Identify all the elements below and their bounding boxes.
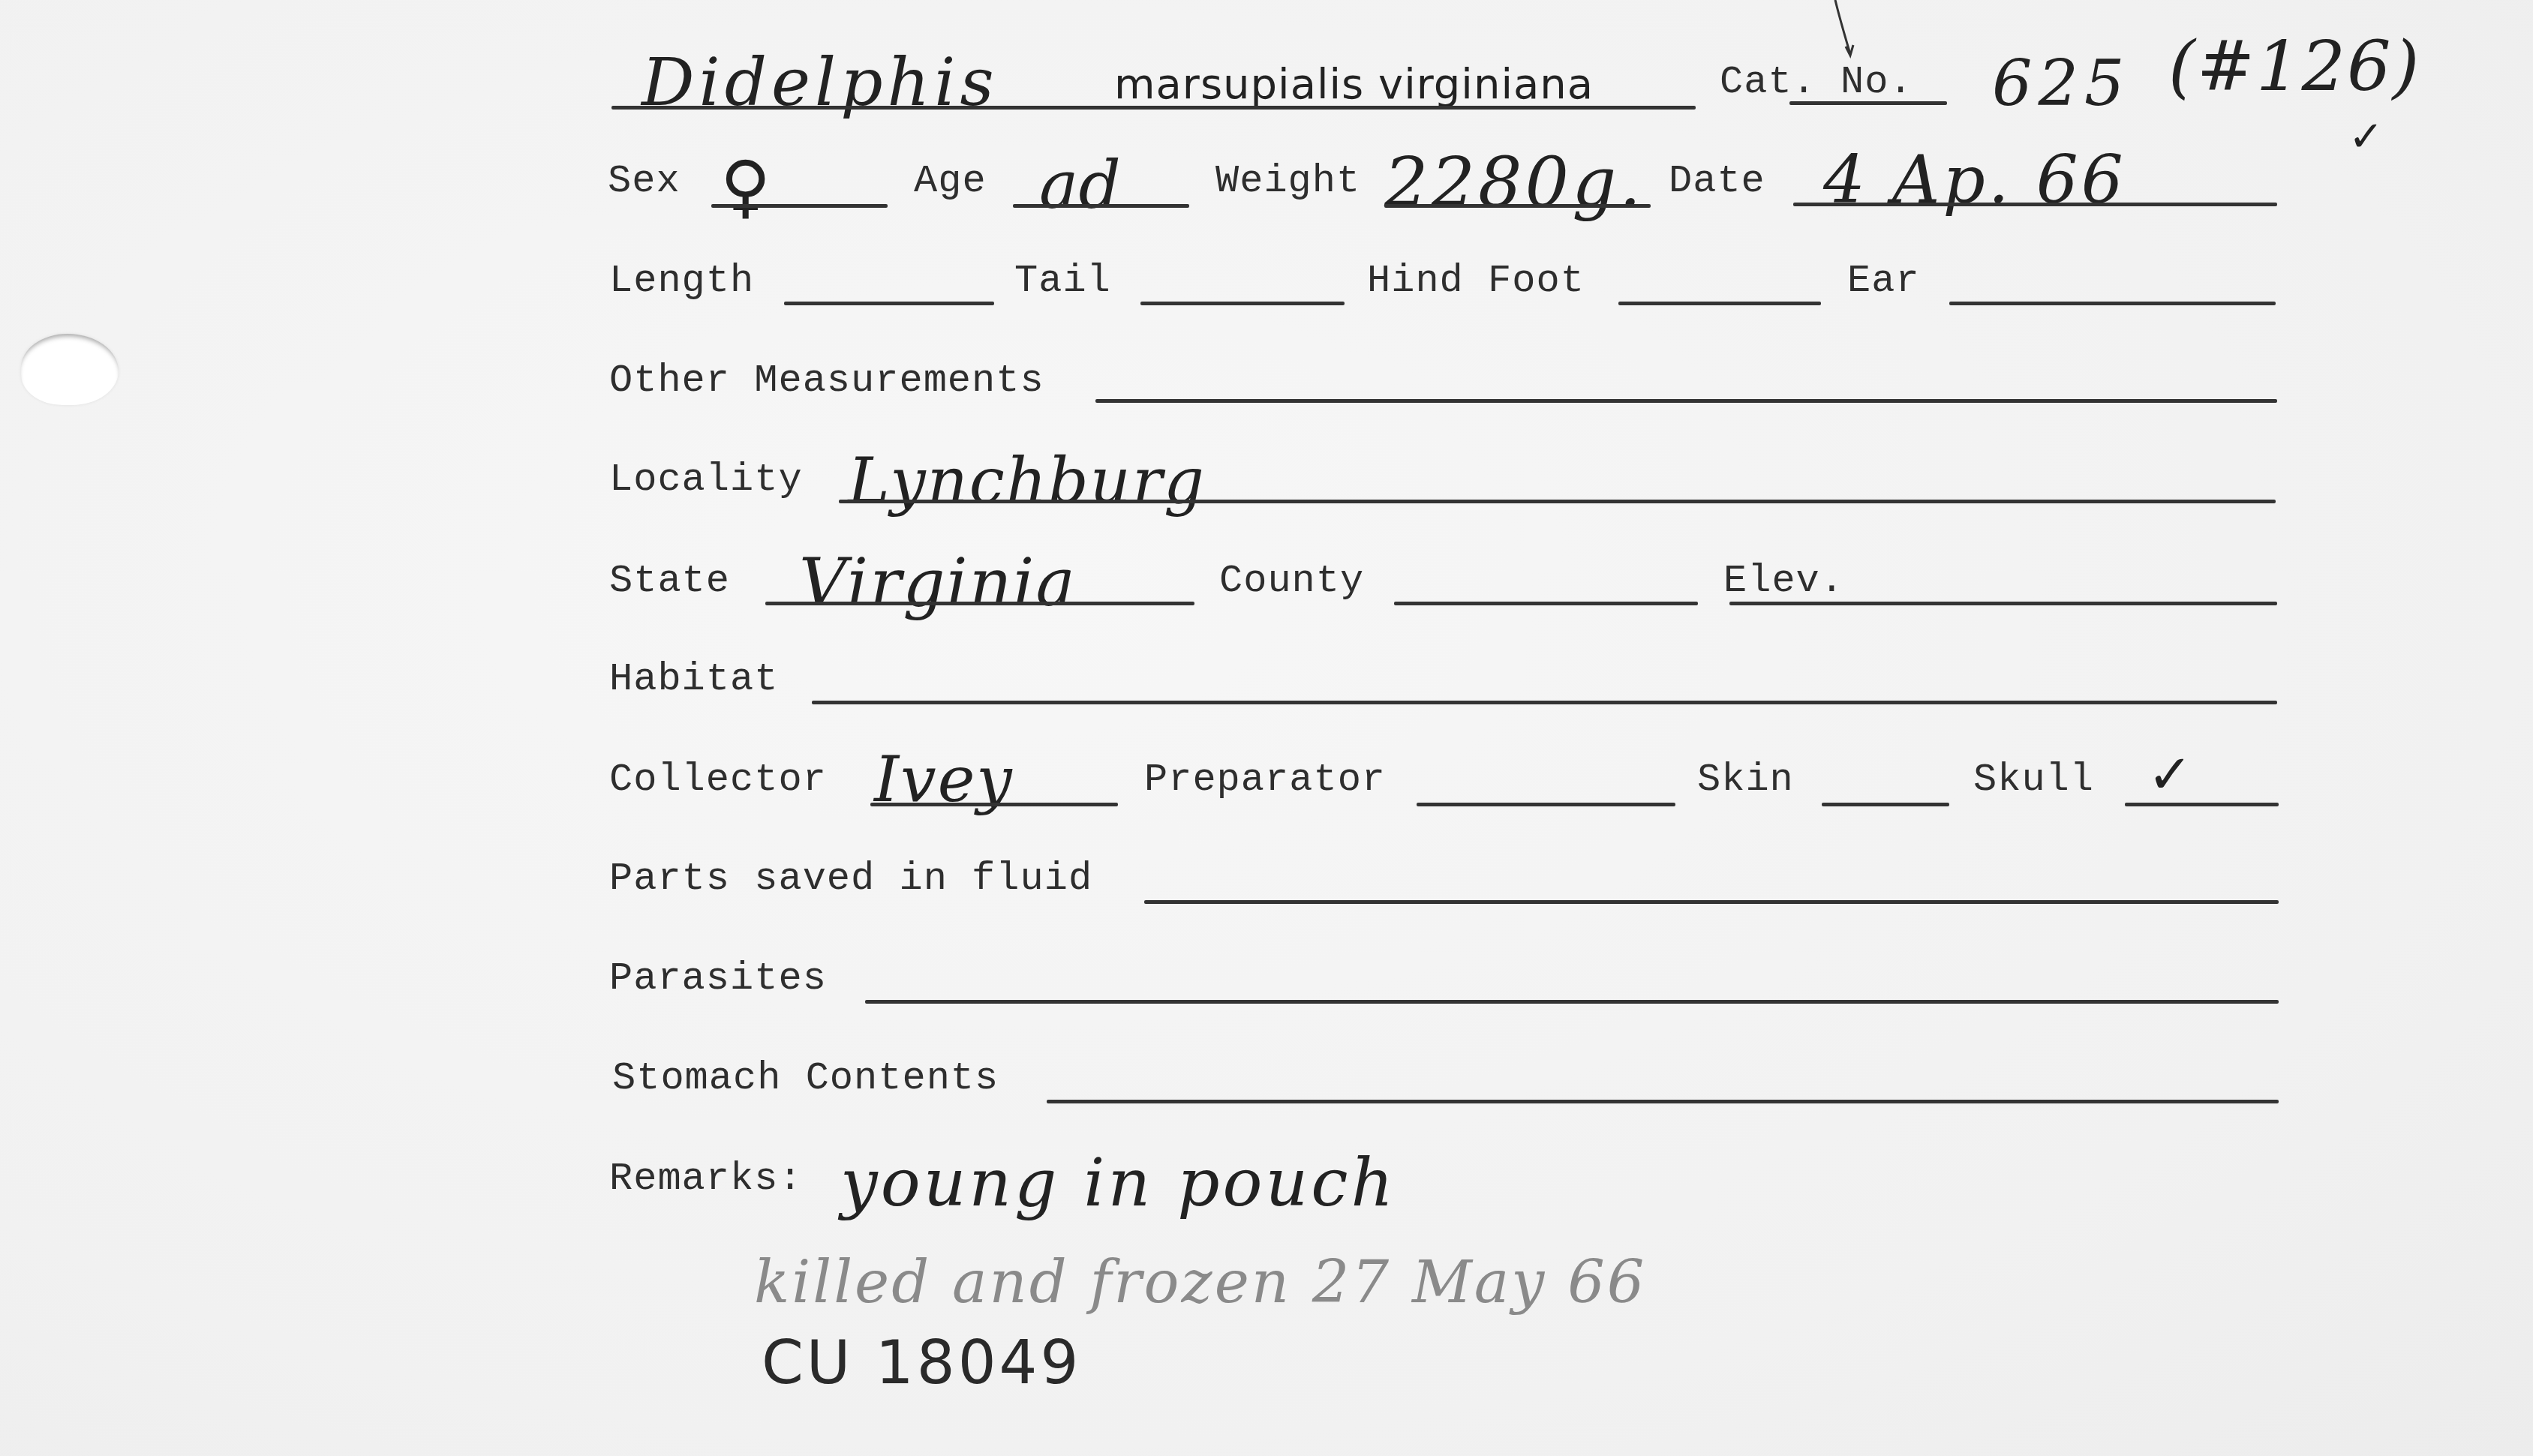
other-measurements-label: Other Measurements xyxy=(609,359,1044,404)
date-line xyxy=(1793,203,2277,206)
parts-saved-line xyxy=(1144,900,2279,904)
date-label: Date xyxy=(1669,159,1765,204)
length-label: Length xyxy=(609,259,754,304)
parts-saved-label: Parts saved in fluid xyxy=(609,857,1092,902)
other-measurements-line xyxy=(1095,399,2277,403)
stomach-contents-line xyxy=(1047,1100,2279,1103)
catalog-id: CU 18049 xyxy=(762,1328,1081,1397)
date-value: 4 Ap. 66 xyxy=(1823,141,2126,218)
remarks-label: Remarks: xyxy=(609,1157,803,1202)
preparator-label: Preparator xyxy=(1144,758,1386,803)
hind-foot-line xyxy=(1618,302,1821,305)
cat-no-check-mark: ✓ xyxy=(2348,113,2384,161)
length-line xyxy=(784,302,994,305)
skull-label: Skull xyxy=(1973,758,2094,803)
locality-value: Lynchburg xyxy=(848,444,1206,518)
collector-label: Collector xyxy=(609,758,827,803)
cat-no-label: Cat. No. xyxy=(1720,60,1913,105)
weight-label: Weight xyxy=(1215,159,1360,204)
collector-line xyxy=(870,803,1118,806)
hind-foot-label: Hind Foot xyxy=(1367,259,1585,304)
age-line xyxy=(1013,204,1189,208)
species-epithet-handwritten: marsupialis virginiana xyxy=(1114,60,1594,109)
county-label: County xyxy=(1219,559,1364,604)
elev-line xyxy=(1729,602,2277,605)
skull-line xyxy=(2125,803,2279,806)
sex-label: Sex xyxy=(608,159,681,204)
tail-label: Tail xyxy=(1014,259,1111,304)
skull-check-mark: ✓ xyxy=(2147,743,2192,806)
remarks-value: young in pouch xyxy=(840,1144,1396,1221)
cat-no-line xyxy=(1789,101,1947,105)
age-label: Age xyxy=(914,159,987,204)
preparator-line xyxy=(1417,803,1675,806)
parasites-label: Parasites xyxy=(609,956,827,1001)
weight-value: 2280g. xyxy=(1384,143,1644,223)
ear-label: Ear xyxy=(1847,259,1920,304)
state-label: State xyxy=(609,559,730,604)
stomach-contents-label: Stomach Contents xyxy=(612,1056,999,1101)
punch-hole xyxy=(21,334,119,405)
locality-label: Locality xyxy=(609,458,803,503)
skin-label: Skin xyxy=(1697,758,1794,803)
species-line xyxy=(611,106,1696,110)
habitat-line xyxy=(812,701,2277,704)
pencil-note: killed and frozen 27 May 66 xyxy=(754,1249,1646,1316)
sex-value: ♀ xyxy=(720,146,771,227)
sex-line xyxy=(711,204,888,208)
weight-line xyxy=(1384,204,1651,208)
stray-pen-stroke-icon xyxy=(1831,0,1861,60)
state-line xyxy=(765,602,1194,605)
state-value: Virginia xyxy=(799,544,1077,621)
cat-no-alt-value: (#126) xyxy=(2168,26,2420,107)
habitat-label: Habitat xyxy=(609,657,778,702)
parasites-line xyxy=(865,1000,2279,1004)
specimen-card: Didelphis marsupialis virginiana Cat. No… xyxy=(0,0,2533,1456)
cat-no-value: 625 xyxy=(1992,47,2130,120)
locality-line xyxy=(839,500,2276,503)
tail-line xyxy=(1140,302,1345,305)
skin-line xyxy=(1822,803,1949,806)
age-value: ad xyxy=(1039,146,1121,224)
county-line xyxy=(1394,602,1698,605)
elev-label: Elev. xyxy=(1723,559,1844,604)
ear-line xyxy=(1949,302,2276,305)
